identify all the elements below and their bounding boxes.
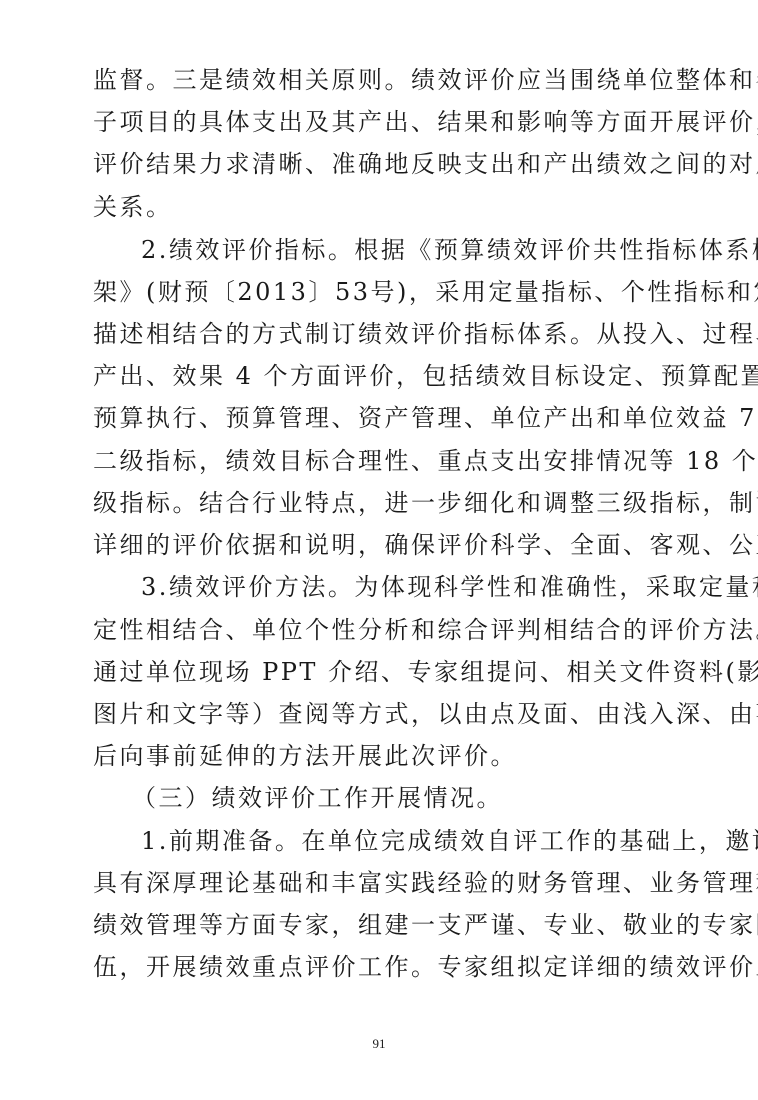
body-text-line: 描述相结合的方式制订绩效评价指标体系。从投入、过程、 <box>93 319 667 349</box>
body-text-line: 伍，开展绩效重点评价工作。专家组拟定详细的绩效评价工 <box>93 952 667 982</box>
section-2-heading-line: 2.绩效评价指标。根据《预算绩效评价共性指标体系框 <box>141 235 667 265</box>
body-text-line: 架》(财预〔2013〕53号)，采用定量指标、个性指标和定性 <box>93 277 667 307</box>
body-text-line: 预算执行、预算管理、资产管理、单位产出和单位效益 7 个 <box>93 403 667 433</box>
body-text-line: 具有深厚理论基础和丰富实践经验的财务管理、业务管理和 <box>93 868 667 898</box>
body-text-line: 后向事前延伸的方法开展此次评价。 <box>93 741 667 771</box>
body-text-line: 图片和文字等）查阅等方式，以由点及面、由浅入深、由事 <box>93 699 667 729</box>
body-text-line: 监督。三是绩效相关原则。绩效评价应当围绕单位整体和各 <box>93 65 667 95</box>
body-text-line: 二级指标，绩效目标合理性、重点支出安排情况等 18 个三 <box>93 446 667 476</box>
body-text-line: 子项目的具体支出及其产出、结果和影响等方面开展评价， <box>93 107 667 137</box>
subsection-heading: （三）绩效评价工作开展情况。 <box>132 783 667 813</box>
body-text-line: 级指标。结合行业特点，进一步细化和调整三级指标，制订 <box>93 488 667 518</box>
body-text-line: 评价结果力求清晰、准确地反映支出和产出绩效之间的对应 <box>93 149 667 179</box>
body-text-line: 通过单位现场 PPT 介绍、专家组提问、相关文件资料(影音、 <box>93 657 667 687</box>
body-text-line: 产出、效果 4 个方面评价，包括绩效目标设定、预算配置、 <box>93 361 667 391</box>
body-text-line: 关系。 <box>93 192 667 222</box>
section-3-heading-line: 3.绩效评价方法。为体现科学性和准确性，采取定量和 <box>141 572 667 602</box>
document-page: 监督。三是绩效相关原则。绩效评价应当围绕单位整体和各 子项目的具体支出及其产出、… <box>0 0 758 1100</box>
section-1-heading-line: 1.前期准备。在单位完成绩效自评工作的基础上，邀请 <box>141 826 667 856</box>
body-text-line: 绩效管理等方面专家，组建一支严谨、专业、敬业的专家队 <box>93 910 667 940</box>
body-text-line: 定性相结合、单位个性分析和综合评判相结合的评价方法。 <box>93 615 667 645</box>
body-text-line: 详细的评价依据和说明，确保评价科学、全面、客观、公正。 <box>93 530 667 560</box>
page-number: 91 <box>0 1036 758 1052</box>
